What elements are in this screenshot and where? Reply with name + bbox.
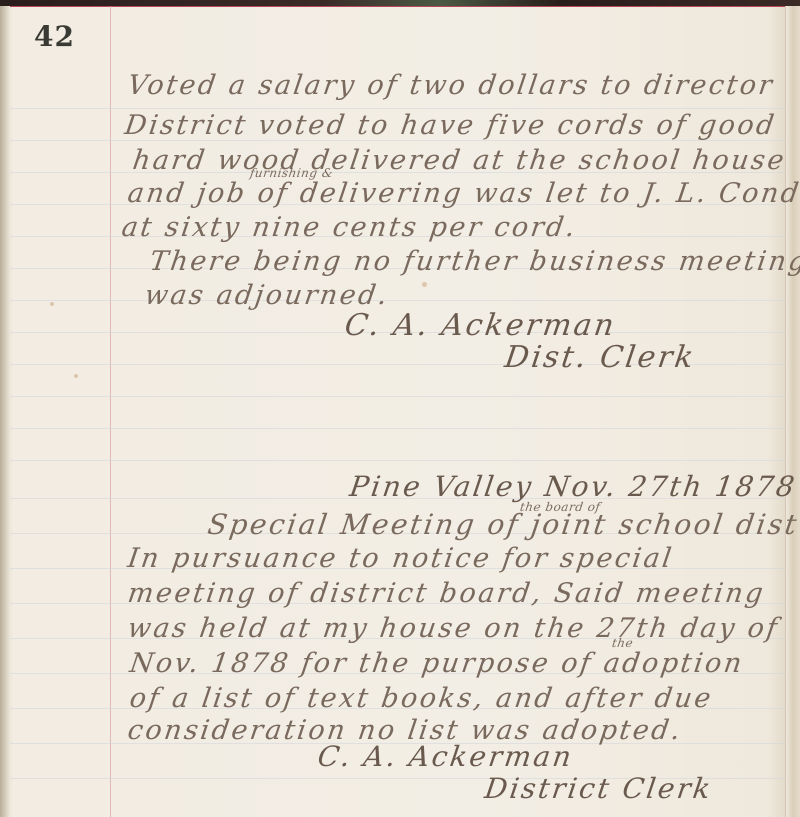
page-number: 42 <box>34 20 75 53</box>
entry1-line-6: There being no further business meeting <box>148 246 800 277</box>
entry2-line-3: meeting of district board, Said meeting <box>126 578 768 609</box>
entry2-signature-title: District Clerk <box>483 772 715 805</box>
entry1-signature: C. A. Ackerman <box>343 308 619 343</box>
rule-line <box>10 460 786 461</box>
rule-line <box>10 108 786 109</box>
paper-stain <box>74 374 78 378</box>
rule-line <box>10 428 786 429</box>
page-right-edge <box>785 6 800 817</box>
entry2-line-1: Special Meeting of joint school dist. No… <box>206 508 800 541</box>
entry2-heading: Pine Valley Nov. 27th 1878 <box>348 470 799 503</box>
margin-line <box>110 6 111 817</box>
entry2-line-4: was held at my house on the 27th day of <box>126 613 781 644</box>
book-top-edge <box>0 0 800 7</box>
entry1-line-2: District voted to have five cords of goo… <box>123 110 778 141</box>
book-binding <box>0 6 10 817</box>
paper-stain <box>422 282 427 287</box>
entry1-signature-title: Dist. Clerk <box>503 340 698 375</box>
entry1-line-5: at sixty nine cents per cord. <box>120 212 579 243</box>
entry2-signature: C. A. Ackerman <box>316 740 576 773</box>
paper-stain <box>50 302 54 306</box>
entry2-line-2: In pursuance to notice for special <box>126 543 676 574</box>
entry2-line-5: Nov. 1878 for the purpose of adoption <box>128 648 746 679</box>
entry1-line-7: was adjourned. <box>143 280 392 311</box>
entry1-line-1: Voted a salary of two dollars to directo… <box>126 70 776 101</box>
entry2-line-6: of a list of text books, and after due <box>128 683 715 714</box>
entry1-line-3: hard wood delivered at the school house <box>131 145 788 176</box>
entry1-line-4: and job of delivering was let to J. L. C… <box>126 178 800 209</box>
ledger-page: 42 Voted a salary of two dollars to dire… <box>0 0 800 817</box>
rule-line <box>10 396 786 397</box>
rule-line <box>10 300 786 301</box>
